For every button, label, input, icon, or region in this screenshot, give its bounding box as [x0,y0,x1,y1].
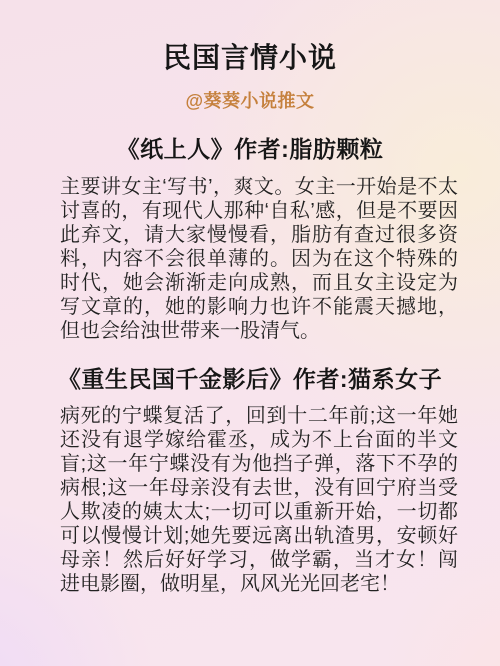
book-description: 主要讲女主‘写书’，爽文。女主一开始是不太讨喜的，有现代人那种‘自私’感，但是不… [0,175,500,343]
book-description: 病死的宁蝶复活了，回到十二年前;这一年她还没有退学嫁给霍丞，成为不上台面的半文盲… [0,404,500,596]
book-section: 《纸上人》作者:脂肪颗粒 主要讲女主‘写书’，爽文。女主一开始是不太讨喜的，有现… [0,136,500,342]
novel-recommendation-poster: 民国言情小说 @葵葵小说推文 《纸上人》作者:脂肪颗粒 主要讲女主‘写书’，爽文… [0,0,500,666]
book-section: 《重生民国千金影后》作者:猫系女子 病死的宁蝶复活了，回到十二年前;这一年她还没… [0,366,500,596]
book-title-and-author: 《重生民国千金影后》作者:猫系女子 [0,366,500,392]
page-title: 民国言情小说 [0,42,500,74]
book-title-and-author: 《纸上人》作者:脂肪颗粒 [0,136,500,162]
author-handle: @葵葵小说推文 [0,87,500,113]
